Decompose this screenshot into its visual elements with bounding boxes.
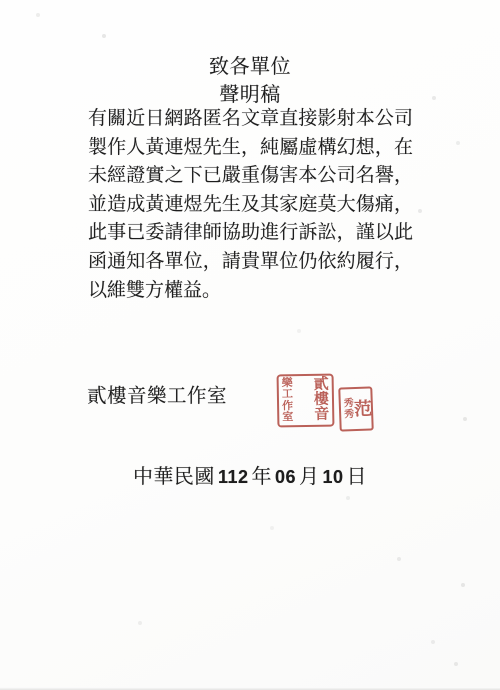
date-day-unit: 日 — [347, 466, 368, 488]
body-line: 此事已委請律師協助進行訴訟，謹以此 — [88, 219, 413, 248]
date-month: 06 — [275, 467, 296, 487]
date-line: 中華民國112年06月10日 — [0, 464, 500, 490]
body-line: 未經證實之下已嚴重傷害本公司名譽， — [88, 162, 413, 191]
name-seal: 秀秀 范 — [338, 386, 374, 431]
body-line: 製作人黃連煜先生，純屬虛構幻想，在 — [88, 134, 413, 163]
date-era: 中華民國 — [133, 466, 215, 488]
body-line: 以維雙方權益。 — [88, 277, 413, 306]
letter-title: 致各單位 — [0, 53, 500, 81]
company-seal: 樂工作室 貳樓音 — [277, 374, 335, 428]
date-month-unit: 月 — [299, 466, 320, 488]
date-year: 112 — [218, 467, 249, 487]
name-seal-main-character: 范 — [354, 399, 373, 419]
company-seal-left-column: 樂工作室 — [282, 378, 294, 423]
company-signature: 貳樓音樂工作室 — [87, 385, 227, 409]
letter-heading: 致各單位 聲明稿 — [0, 53, 500, 109]
date-day: 10 — [323, 467, 344, 487]
body-line: 有關近日網路匿名文章直接影射本公司 — [88, 105, 413, 134]
body-line: 函通知各單位，請貴單位仍依約履行， — [88, 248, 413, 277]
letter-body: 有關近日網路匿名文章直接影射本公司 製作人黃連煜先生，純屬虛構幻想，在 未經證實… — [88, 105, 413, 305]
scan-noise-specks — [0, 0, 2, 2]
date-year-unit: 年 — [251, 466, 272, 488]
scanned-statement-letter: 致各單位 聲明稿 有關近日網路匿名文章直接影射本公司 製作人黃連煜先生，純屬虛構… — [0, 0, 500, 690]
body-line: 並造成黃連煜先生及其家庭莫大傷痛， — [88, 191, 413, 220]
company-seal-right-column: 貳樓音 — [314, 377, 330, 423]
